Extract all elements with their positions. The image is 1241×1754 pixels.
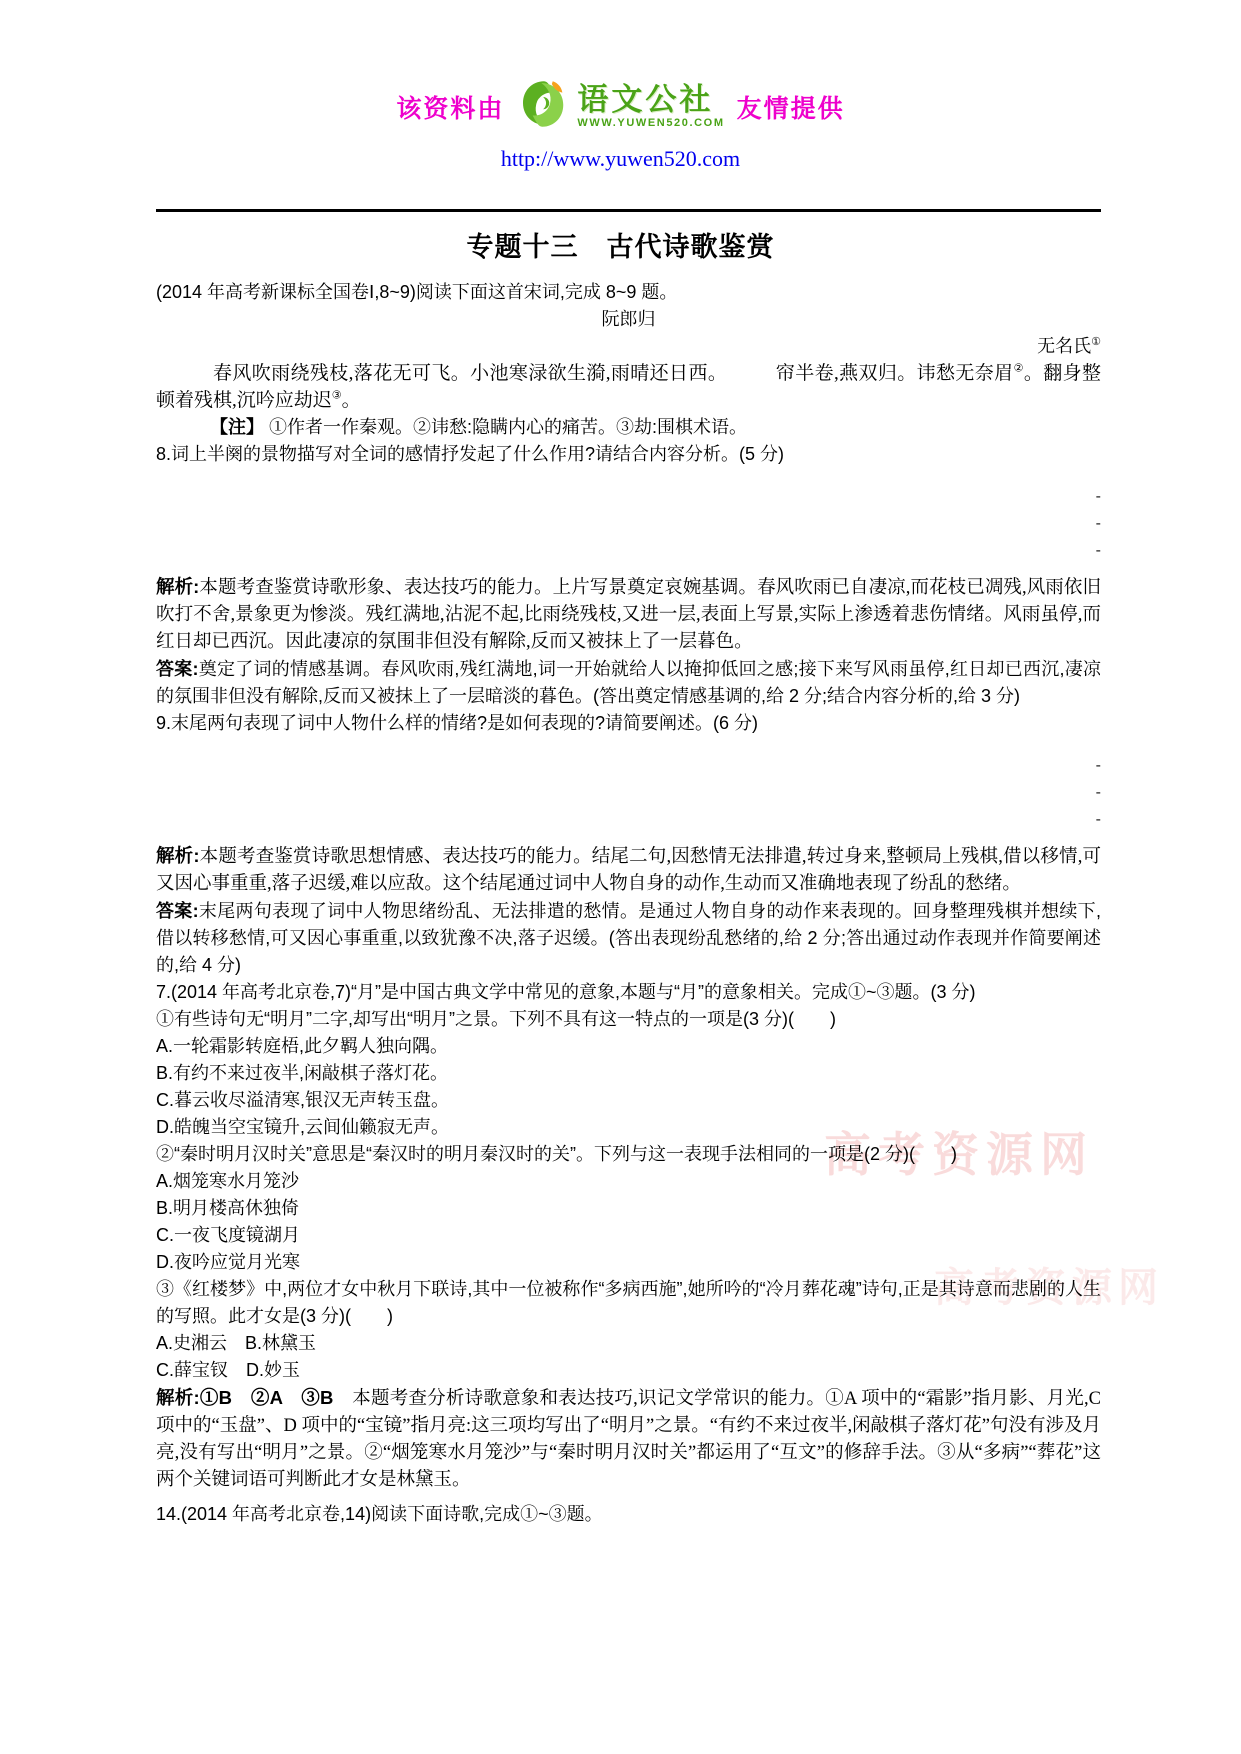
- question-14: 14.(2014 年高考北京卷,14)阅读下面诗歌,完成①~③题。: [156, 1501, 1101, 1528]
- poem-note: 【注】 ①作者一作秦观。②讳愁:隐瞒内心的痛苦。③劫:围棋术语。: [156, 414, 1101, 441]
- logo-swirl-icon: [516, 76, 572, 137]
- answer-blank-line: -: [156, 806, 1101, 833]
- answer-blank-space: ---: [156, 752, 1101, 833]
- divider-rule: [156, 209, 1101, 212]
- answer-blank-line: -: [156, 537, 1101, 564]
- answer-blank-line: -: [156, 510, 1101, 537]
- block-text: 14.(2014 年高考北京卷,14)阅读下面诗歌,完成①~③题。: [156, 1504, 603, 1524]
- block-text: 阮郎归: [602, 309, 656, 329]
- block-text: A.史湘云 B.林黛玉: [156, 1333, 316, 1353]
- block-text: C.一夜飞度镜湖月: [156, 1225, 300, 1245]
- answer-9: 答案:末尾两句表现了词中人物思绪纷乱、无法排遣的愁情。是通过人物自身的动作来表现…: [156, 898, 1101, 979]
- logo-name: 语文公社: [577, 84, 724, 115]
- analysis-8: 解析:本题考查鉴赏诗歌形象、表达技巧的能力。上片写景奠定哀婉基调。春风吹雨已自凄…: [156, 573, 1101, 656]
- block-text: D.皓魄当空宝镜升,云间仙籁寂无声。: [156, 1117, 449, 1137]
- poem-author: 无名氏①: [156, 333, 1101, 360]
- block-label: 答案:: [156, 659, 199, 679]
- document-page: 高考资源网 高考资源网 该资料由 语文公社 WWW.YUWEN520.COM 友…: [0, 0, 1241, 1754]
- block-label: 解析:: [156, 576, 199, 597]
- block-label: 解析:: [156, 845, 200, 866]
- block-text: C.暮云收尽溢清寒,银汉无声转玉盘。: [156, 1090, 449, 1110]
- answer-blank-line: -: [156, 483, 1101, 510]
- question-7-sub1: ①有些诗句无“明月”二字,却写出“明月”之景。下列不具有这一特点的一项是(3 分…: [156, 1006, 1101, 1033]
- analysis-7: 解析:①B ②A ③B 本题考查分析诗歌意象和表达技巧,识记文学常识的能力。①A…: [156, 1384, 1101, 1494]
- option-b: B.有约不来过夜半,闲敲棋子落灯花。: [156, 1060, 1101, 1087]
- site-logo[interactable]: 语文公社 WWW.YUWEN520.COM: [516, 76, 724, 137]
- block-text: 奠定了词的情感基调。春风吹雨,残红满地,词一开始就给人以掩抑低回之感;接下来写风…: [156, 659, 1101, 706]
- block-text: 无名氏①: [1037, 336, 1101, 356]
- site-url-line: http://www.yuwen520.com: [0, 146, 1241, 172]
- block-text: ③《红楼梦》中,两位才女中秋月下联诗,其中一位被称作“多病西施”,她所吟的“冷月…: [156, 1279, 1101, 1326]
- page-title: 专题十三 古代诗歌鉴赏: [0, 225, 1241, 264]
- block-text: B.明月楼高休独倚: [156, 1198, 299, 1218]
- option-c: C.暮云收尽溢清寒,银汉无声转玉盘。: [156, 1087, 1101, 1114]
- block-label: 答案:: [156, 901, 199, 921]
- option-b: B.明月楼高休独倚: [156, 1195, 1101, 1222]
- block-text: ①有些诗句无“明月”二字,却写出“明月”之景。下列不具有这一特点的一项是(3 分…: [156, 1009, 836, 1029]
- analysis-9: 解析:本题考查鉴赏诗歌思想情感、表达技巧的能力。结尾二句,因愁情无法排遣,转过身…: [156, 842, 1101, 898]
- option-d: D.夜吟应觉月光寒: [156, 1249, 1101, 1276]
- block-text: 8.词上半阕的景物描写对全词的感情抒发起了什么作用?请结合内容分析。(5 分): [156, 444, 784, 464]
- block-text: 本题考查鉴赏诗歌思想情感、表达技巧的能力。结尾二句,因愁情无法排遣,转过身来,整…: [156, 847, 1101, 894]
- logo-site-url: WWW.YUWEN520.COM: [577, 118, 724, 129]
- block-text: A.烟笼寒水月笼沙: [156, 1171, 299, 1191]
- site-url-link[interactable]: http://www.yuwen520.com: [501, 146, 740, 171]
- block-text: ②“秦时明月汉时关”意思是“秦汉时的明月秦汉时的关”。下列与这一表现手法相同的一…: [156, 1144, 957, 1164]
- answer-blank-space: ---: [156, 483, 1101, 564]
- provided-by-prefix: 该资料由: [396, 89, 504, 125]
- block-text: 春风吹雨绕残枝,落花无可飞。小池寒渌欲生漪,雨晴还日西。 帘半卷,燕双归。讳愁无…: [156, 363, 1101, 411]
- option-cd: C.薛宝钗 D.妙玉: [156, 1357, 1101, 1384]
- question-8: 8.词上半阕的景物描写对全词的感情抒发起了什么作用?请结合内容分析。(5 分): [156, 441, 1101, 468]
- block-text: 9.末尾两句表现了词中人物什么样的情绪?是如何表现的?请简要阐述。(6 分): [156, 713, 758, 733]
- question-7-sub3: ③《红楼梦》中,两位才女中秋月下联诗,其中一位被称作“多病西施”,她所吟的“冷月…: [156, 1276, 1101, 1330]
- block-text: D.夜吟应觉月光寒: [156, 1252, 300, 1272]
- question-9: 9.末尾两句表现了词中人物什么样的情绪?是如何表现的?请简要阐述。(6 分): [156, 710, 1101, 737]
- exam-source-intro: (2014 年高考新课标全国卷Ⅰ,8~9)阅读下面这首宋词,完成 8~9 题。: [156, 279, 1101, 306]
- block-label: 解析:: [156, 1387, 200, 1408]
- block-text: 末尾两句表现了词中人物思绪纷乱、无法排遣的愁情。是通过人物自身的动作来表现的。回…: [156, 901, 1101, 975]
- provided-by-suffix: 友情提供: [737, 89, 845, 125]
- poem-body: 春风吹雨绕残枝,落花无可飞。小池寒渌欲生漪,雨晴还日西。 帘半卷,燕双归。讳愁无…: [156, 360, 1101, 414]
- block-text: B.有约不来过夜半,闲敲棋子落灯花。: [156, 1063, 448, 1083]
- question-7: 7.(2014 年高考北京卷,7)“月”是中国古典文学中常见的意象,本题与“月”…: [156, 979, 1101, 1006]
- document-body: (2014 年高考新课标全国卷Ⅰ,8~9)阅读下面这首宋词,完成 8~9 题。阮…: [156, 279, 1101, 1528]
- answer-blank-line: -: [156, 779, 1101, 806]
- answer-key-run: ①B ②A ③B: [200, 1387, 353, 1408]
- logo-text-block: 语文公社 WWW.YUWEN520.COM: [577, 84, 724, 129]
- block-label: 【注】: [210, 417, 264, 437]
- block-text: C.薛宝钗 D.妙玉: [156, 1360, 300, 1380]
- option-d: D.皓魄当空宝镜升,云间仙籁寂无声。: [156, 1114, 1101, 1141]
- block-text: ①作者一作秦观。②讳愁:隐瞒内心的痛苦。③劫:围棋术语。: [264, 417, 747, 437]
- option-a: A.一轮霜影转庭梧,此夕羁人独向隅。: [156, 1033, 1101, 1060]
- answer-8: 答案:奠定了词的情感基调。春风吹雨,残红满地,词一开始就给人以掩抑低回之感;接下…: [156, 656, 1101, 710]
- question-7-sub2: ②“秦时明月汉时关”意思是“秦汉时的明月秦汉时的关”。下列与这一表现手法相同的一…: [156, 1141, 1101, 1168]
- block-text: 7.(2014 年高考北京卷,7)“月”是中国古典文学中常见的意象,本题与“月”…: [156, 982, 976, 1002]
- answer-blank-line: -: [156, 752, 1101, 779]
- block-text: 本题考查鉴赏诗歌形象、表达技巧的能力。上片写景奠定哀婉基调。春风吹雨已自凄凉,而…: [156, 578, 1101, 652]
- block-text: A.一轮霜影转庭梧,此夕羁人独向隅。: [156, 1036, 448, 1056]
- option-a: A.烟笼寒水月笼沙: [156, 1168, 1101, 1195]
- option-c: C.一夜飞度镜湖月: [156, 1222, 1101, 1249]
- poem-title: 阮郎归: [156, 306, 1101, 333]
- site-header: 该资料由 语文公社 WWW.YUWEN520.COM 友情提供: [0, 76, 1241, 137]
- block-text: (2014 年高考新课标全国卷Ⅰ,8~9)阅读下面这首宋词,完成 8~9 题。: [156, 282, 677, 302]
- option-ab: A.史湘云 B.林黛玉: [156, 1330, 1101, 1357]
